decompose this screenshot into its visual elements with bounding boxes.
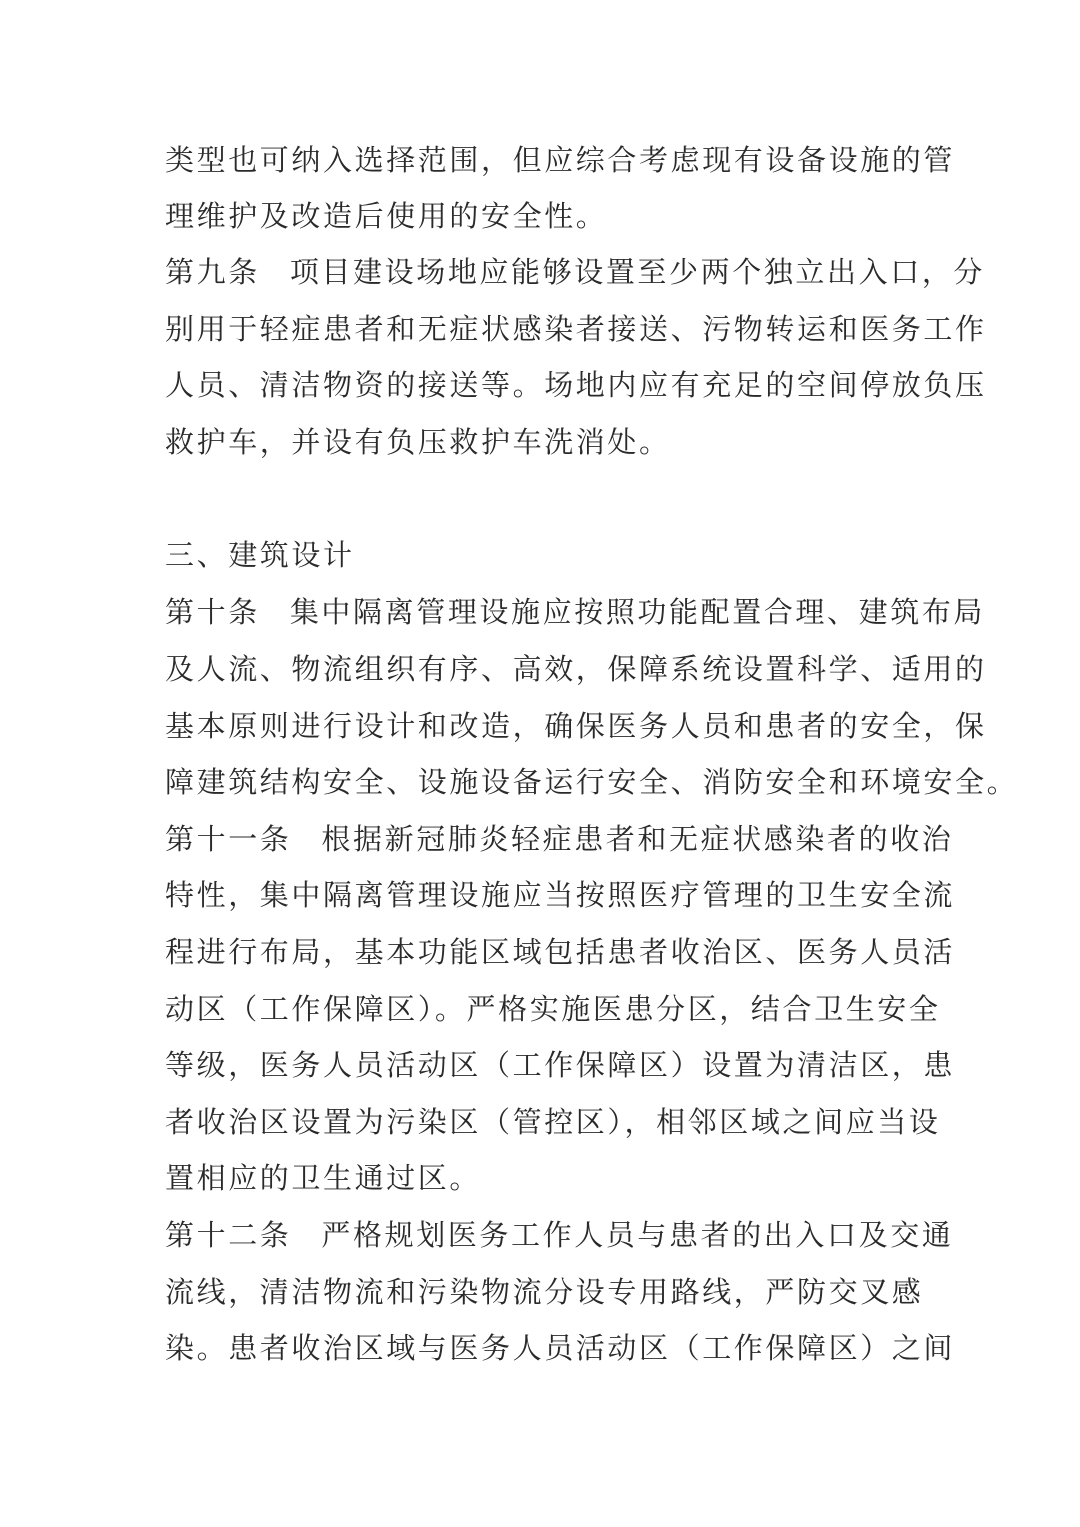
paragraph-line: 置相应的卫生通过区。 [165,1158,481,1198]
paragraph-line: 者收治区设置为污染区（管控区），相邻区域之间应当设 [165,1102,941,1142]
line-text: 根据新冠肺炎轻症患者和无症状感染者的收治 [321,822,953,856]
line-text: 理维护及改造后使用的安全性。 [165,199,607,233]
line-text: 项目建设场地应能够设置至少两个独立出入口，分 [290,255,985,289]
line-text: 置相应的卫生通过区。 [165,1161,481,1195]
paragraph-line: 类型也可纳入选择范围，但应综合考虑现有设备设施的管 [165,140,955,180]
line-text: 别用于轻症患者和无症状感染者接送、污物转运和医务工作 [165,312,987,346]
paragraph-line: 流线，清洁物流和污染物流分设专用路线，严防交叉感 [165,1272,923,1312]
article-label: 第十二条 [165,1218,291,1252]
line-text: 类型也可纳入选择范围，但应综合考虑现有设备设施的管 [165,143,955,177]
line-text: 等级，医务人员活动区（工作保障区）设置为清洁区，患 [165,1048,955,1082]
paragraph-line: 基本原则进行设计和改造，确保医务人员和患者的安全，保 [165,706,987,746]
article-label: 第十一条 [165,822,291,856]
line-text: 染。患者收治区域与医务人员活动区（工作保障区）之间 [165,1331,955,1365]
line-text: 人员、清洁物资的接送等。场地内应有充足的空间停放负压 [165,368,987,402]
paragraph-line: 等级，医务人员活动区（工作保障区）设置为清洁区，患 [165,1045,955,1085]
line-text: 严格规划医务工作人员与患者的出入口及交通 [321,1218,953,1252]
article-12-line: 第十二条严格规划医务工作人员与患者的出入口及交通 [165,1215,953,1255]
paragraph-line: 别用于轻症患者和无症状感染者接送、污物转运和医务工作 [165,309,987,349]
paragraph-line: 障建筑结构安全、设施设备运行安全、消防安全和环境安全。 [165,762,1018,802]
line-text: 障建筑结构安全、设施设备运行安全、消防安全和环境安全。 [165,765,1018,799]
section-heading: 三、建筑设计 [165,535,355,575]
line-text: 基本原则进行设计和改造，确保医务人员和患者的安全，保 [165,709,987,743]
paragraph-line: 救护车，并设有负压救护车洗消处。 [165,422,671,462]
line-text: 特性，集中隔离管理设施应当按照医疗管理的卫生安全流 [165,878,955,912]
line-text: 集中隔离管理设施应按照功能配置合理、建筑布局 [290,595,985,629]
article-11-line: 第十一条根据新冠肺炎轻症患者和无症状感染者的收治 [165,819,953,859]
heading-text: 三、建筑设计 [165,538,355,572]
line-text: 救护车，并设有负压救护车洗消处。 [165,425,671,459]
line-text: 动区（工作保障区）。严格实施医患分区，结合卫生安全 [165,992,941,1026]
paragraph-line: 染。患者收治区域与医务人员活动区（工作保障区）之间 [165,1328,955,1368]
article-label: 第九条 [165,255,260,289]
line-text: 流线，清洁物流和污染物流分设专用路线，严防交叉感 [165,1275,923,1309]
paragraph-line: 特性，集中隔离管理设施应当按照医疗管理的卫生安全流 [165,875,955,915]
paragraph-line: 程进行布局，基本功能区域包括患者收治区、医务人员活 [165,932,955,972]
line-text: 者收治区设置为污染区（管控区），相邻区域之间应当设 [165,1105,941,1139]
paragraph-line: 人员、清洁物资的接送等。场地内应有充足的空间停放负压 [165,365,987,405]
article-label: 第十条 [165,595,260,629]
paragraph-line: 理维护及改造后使用的安全性。 [165,196,607,236]
line-text: 程进行布局，基本功能区域包括患者收治区、医务人员活 [165,935,955,969]
article-9-line: 第九条项目建设场地应能够设置至少两个独立出入口，分 [165,252,985,292]
article-10-line: 第十条集中隔离管理设施应按照功能配置合理、建筑布局 [165,592,985,632]
line-text: 及人流、物流组织有序、高效，保障系统设置科学、适用的 [165,652,987,686]
paragraph-line: 及人流、物流组织有序、高效，保障系统设置科学、适用的 [165,649,987,689]
paragraph-line: 动区（工作保障区）。严格实施医患分区，结合卫生安全 [165,989,941,1029]
